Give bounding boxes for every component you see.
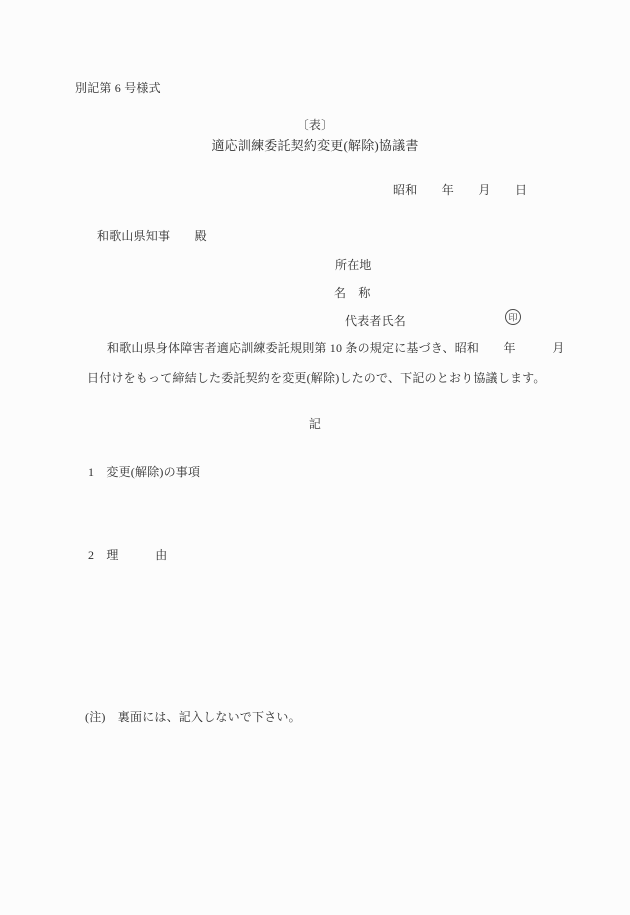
- sender-representative-label: 代表者氏名: [345, 315, 406, 327]
- front-side-label: 〔表〕: [0, 119, 630, 131]
- note-line: (注) 裏面には、記入しないで下さい。: [85, 711, 301, 723]
- document-page: 別記第 6 号様式 〔表〕 適応訓練委託契約変更(解除)協議書 昭和 年 月 日…: [0, 0, 630, 915]
- sender-name-label: 名 称: [334, 287, 371, 299]
- sender-address-label: 所在地: [335, 259, 372, 271]
- item-change-matters: 1 変更(解除)の事項: [88, 466, 200, 478]
- addressee-line: 和歌山県知事 殿: [97, 230, 207, 242]
- form-number: 別記第 6 号様式: [75, 82, 161, 94]
- item-reason: 2 理 由: [88, 549, 167, 561]
- body-paragraph-line2: 日付けをもって締結した委託契約を変更(解除)したので、下記のとおり協議します。: [87, 372, 546, 384]
- date-line: 昭和 年 月 日: [393, 184, 527, 196]
- seal-character: 印: [508, 313, 517, 322]
- document-title: 適応訓練委託契約変更(解除)協議書: [0, 139, 630, 152]
- body-paragraph-line1: 和歌山県身体障害者適応訓練委託規則第 10 条の規定に基づき、昭和 年 月: [107, 342, 565, 354]
- record-heading: 記: [0, 418, 630, 430]
- seal-icon: 印: [505, 309, 521, 325]
